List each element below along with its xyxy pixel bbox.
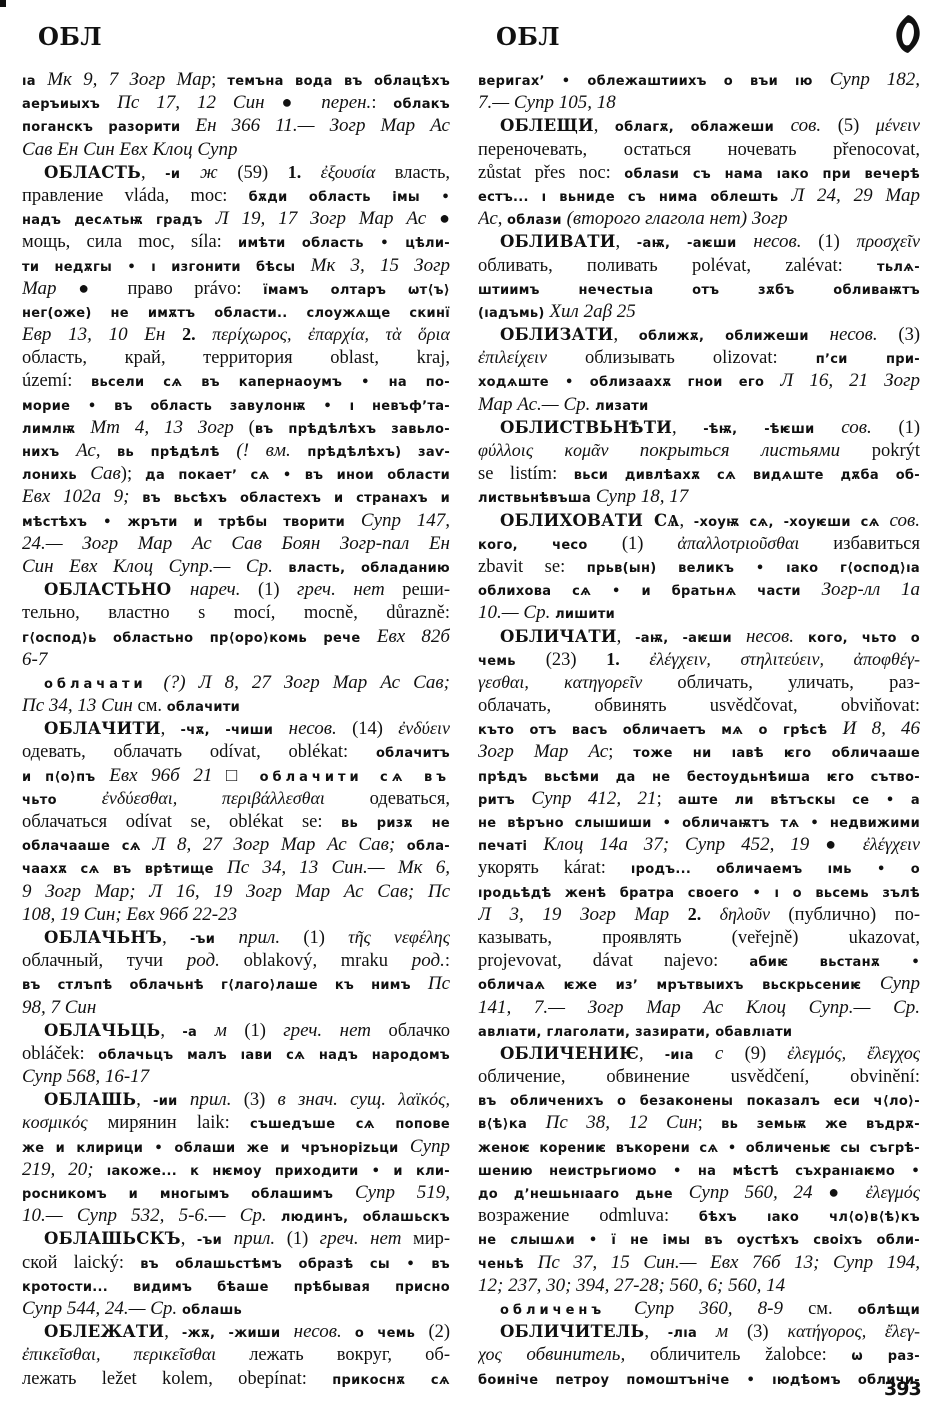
entry-text: облачааше сѧ <box>22 839 153 854</box>
entry-headword: ОБЛИХОВАТИ СѦ <box>500 511 680 530</box>
entry-text: шению неистрьгиомо • на мѣстѣ съхранıаѥм… <box>478 1164 920 1179</box>
entry-text: в⟨ѣ⟩ка <box>478 1117 546 1132</box>
citation-text: Супр 519, <box>355 1182 450 1203</box>
entry-text: лежать ležet kolem, obepínat: <box>22 1369 332 1389</box>
entry-text: (1) <box>622 534 678 554</box>
text-line: ОБЛИЗАТИ, оближѫ, оближеши несов. (3) <box>478 323 920 346</box>
entry-text: ıакоже... к нѥмоу приходити • и кли- <box>107 1164 450 1179</box>
entry-text: вьси дивлѣахѫ сѧ видѧште дѫба об- <box>574 468 920 483</box>
citation-text: Л 16, 21 Зогр <box>780 370 920 391</box>
entry-text: нег(оже) не имѫтъ области.. слоужѧще ски… <box>22 306 450 321</box>
entry-text: ● <box>78 278 127 298</box>
citation-text: прил. <box>234 1228 287 1249</box>
entry-text: (публично) по- <box>788 905 920 925</box>
text-line: ἐπικεῖσθαι, περικεῖσθαι лежать вокруг, о… <box>22 1343 450 1366</box>
entry-text: облизывать olizovat: <box>585 348 816 368</box>
entry-text: облази <box>507 213 567 228</box>
text-line: γεσθαι, κατηγορεῖν обличать, уличать, ра… <box>478 671 920 694</box>
dictionary-column-left: ıа Мк 9, 7 Зогр Мар; темъна вода въ обла… <box>22 68 450 1390</box>
text-line: ти недѫгы • ı изгонити бѣсы Мк 3, 15 Зог… <box>22 254 450 277</box>
entry-text: ἐλεγμός <box>866 1182 920 1202</box>
entry-text: укорять kárat: <box>478 858 631 878</box>
citation-text: Супр 360, 8-9 <box>634 1298 808 1319</box>
text-line: облихова сѧ • и братьнѧ части Зогр-лл 1а <box>478 578 920 601</box>
citation-text: Супр 182, <box>830 69 920 90</box>
entry-text: : <box>371 93 393 113</box>
text-line: обливать, поливать polévat, zalévat: тьл… <box>478 254 920 277</box>
entry-text: ἐνδύειν <box>398 718 450 738</box>
text-line: ской laický: въ облашьстѣмъ образѣ сы • … <box>22 1251 450 1274</box>
text-line: χος обвинитель, обличитель žalobce: ѡ ра… <box>478 1343 920 1366</box>
citation-text: несов. <box>289 718 352 739</box>
entry-text: облачьцъ малъ ıави сѧ надъ народомъ <box>98 1048 450 1063</box>
entry-text: ıродъ... обличаемъ ıмь • о <box>631 862 920 877</box>
citation-text: несов. <box>746 626 808 647</box>
text-line: поганскъ разорити Ен 366 11.— Зогр Мар А… <box>22 114 450 137</box>
entry-text: авлıати, глаголати, зазирати, обавлıати <box>478 1025 792 1040</box>
entry-text: (1) <box>244 1021 283 1041</box>
entry-text: (3) <box>244 1090 278 1110</box>
citation-text: Сав <box>90 463 121 484</box>
entry-text: облашь <box>182 1303 242 1318</box>
entry-text: облачити сѧ въ <box>260 770 450 785</box>
text-line: мѣстѣхъ • жръти и трѣбы творити Супр 147… <box>22 509 450 532</box>
entry-text: oblakový, mraku <box>244 951 412 971</box>
entry-text: τῆς νεφέλης <box>348 927 450 947</box>
citation-text: Супр 147, <box>361 510 450 531</box>
thumb-index-letter-o-icon <box>893 14 923 54</box>
entry-text: ченьѣ <box>478 1257 538 1272</box>
text-line: ОБЛИЧИТЕЛЬ, -лıа м (3) κατήγορος, ἔλεγ- <box>478 1320 920 1343</box>
entry-text: къто отъ васъ обличаетъ мѧ о грѣсѣ <box>478 723 843 738</box>
entry-text: ἐλεγμός, ἔλεγχος <box>787 1043 920 1063</box>
entry-text: ; <box>608 742 633 762</box>
entry-text: -ѣѭ, -ѣѥши <box>703 422 841 437</box>
text-line: Л 3, 19 Зогр Мар 2. δηλοῦν (публично) по… <box>478 903 920 926</box>
citation-text: Пс <box>428 973 450 994</box>
citation-text: Супр <box>880 973 920 994</box>
text-line: zůstat přes noc: облаѕи съ нама ıако при… <box>478 161 920 184</box>
entry-text: ἐλέγχειν <box>863 834 920 854</box>
text-line: Супр 568, 16-17 <box>22 1065 450 1088</box>
text-line: обличенъ Супр 360, 8-9 см. облѣщи <box>478 1297 920 1320</box>
entry-text: облѣщи <box>858 1303 920 1318</box>
citation-text: Зогр-лл 1а <box>822 579 920 600</box>
entry-text: о чемь <box>355 1326 429 1341</box>
entry-text: нихъ <box>22 445 76 460</box>
entry-headword: ОБЛАЧИТИ <box>44 719 161 738</box>
entry-text: -хоуѭ сѧ, -хоуѥши сѧ <box>694 515 890 530</box>
entry-text: же и клирици • облаши же и чрънорizьци <box>22 1141 410 1156</box>
entry-text: см. <box>808 1299 858 1319</box>
entry-text: ἐπιλείχειν <box>478 347 585 367</box>
citation-text: 141, 7.— Зогр Мар Ас Клоц Супр.— Ср. <box>478 997 920 1018</box>
entry-text: , <box>141 163 165 183</box>
entry-text: , <box>498 209 507 229</box>
page-number: 393 <box>884 1378 921 1400</box>
entry-text: -жѫ, -жиши <box>182 1326 294 1341</box>
text-line: ἐπιλείχειν облизывать olizovat: пʼси при… <box>478 346 920 369</box>
entry-text: (3) <box>747 1322 787 1342</box>
entry-text: вь ризѫ не <box>341 816 450 831</box>
text-line: ıродьѣдѣ женѣ братра своего • ı о вьсемь… <box>478 880 920 903</box>
entry-headword: ОБЛИЧАТИ <box>500 627 617 646</box>
entry-text: (1) <box>898 418 920 438</box>
entry-text: надъ десѧтьѭ градъ <box>22 213 216 228</box>
entry-text: 1. <box>288 162 321 182</box>
text-line: ОБЛИВАТИ, -аѭ, -аѥши несов. (1) προσχεῖν <box>478 230 920 253</box>
entry-text: ● <box>825 834 863 854</box>
entry-text: φύλλοις κομᾶν <box>478 440 640 460</box>
entry-text: обличенъ <box>500 1303 634 1318</box>
entry-text: -лıа <box>668 1326 716 1341</box>
text-line: φύλλοις κομᾶν покрыться листьями pokrýt <box>478 439 920 462</box>
text-line: ОБЛИХОВАТИ СѦ, -хоуѭ сѧ, -хоуѥши сѧ сов. <box>478 509 920 532</box>
entry-text: тьлѧ- <box>877 260 920 275</box>
entry-text: прьв(ын) великъ • ıако г⟨оспод⟩ıа <box>587 561 920 576</box>
text-line: область, край, территория oblast, kraj, <box>22 346 450 369</box>
citation-text: Л 8, 27 Зогр Мар Ас Сав; <box>153 834 407 855</box>
entry-text: чьто <box>22 793 102 808</box>
text-line: возражение odmluva: бѣхъ ıако чл⟨о⟩в⟨ѣ⟩к… <box>478 1204 920 1227</box>
entry-text: -ъи <box>197 1233 234 1248</box>
entry-text: , <box>162 928 190 948</box>
entry-text: право právo: <box>128 279 264 299</box>
entry-text: обла- <box>407 839 450 854</box>
text-line: ОБЛАЧЬЦЬ, -а м (1) греч. нет облачко <box>22 1019 450 1042</box>
entry-text: обличитель žalobce: <box>650 1345 851 1365</box>
text-line: нег(оже) не имѫтъ области.. слоужѧще ски… <box>22 300 450 323</box>
entry-text: , <box>616 232 637 252</box>
entry-text: облачать, обвинять usvědčovat, obviňovat… <box>478 696 920 716</box>
entry-text: προσχεῖν <box>856 231 920 251</box>
citation-text: Мар Ас.— Ср. <box>478 394 595 415</box>
text-line: облачаться odívat se, oblékat se: вь риз… <box>22 810 450 833</box>
entry-text: облихова сѧ • и братьнѧ части <box>478 584 822 599</box>
text-line: кого, чесо (1) ἀπαλλοτριοῦσθαι избавитьс… <box>478 532 920 555</box>
text-line: обличаѧ ѥже изʼ мрътвыихъ вьскрьсениѥ Су… <box>478 972 920 995</box>
entry-text: κοσμικός <box>22 1112 108 1132</box>
entry-text: оближѫ, оближеши <box>639 329 830 344</box>
entry-text: , <box>644 1322 667 1342</box>
entry-text: правление vláda, moc: <box>22 186 249 206</box>
entry-text: χος <box>478 1344 526 1364</box>
entry-text: ); <box>121 464 145 484</box>
citation-text: И 8, 46 <box>843 718 920 739</box>
text-line: аеръиыхъ Пс 17, 12 Син ● перен.: облакъ <box>22 91 450 114</box>
text-line: чаахѫ сѧ въ врѣтище Пс 34, 13 Син.— Мк 6… <box>22 856 450 879</box>
citation-text: прил. <box>239 927 304 948</box>
text-line: ОБЛЕЩИ, облагѫ, облажеши сов. (5) μένειν <box>478 114 920 137</box>
citation-text: 6-7 <box>22 649 47 670</box>
entry-text: (3) <box>898 325 920 345</box>
text-line: облачный, тучи род. oblakový, mraku род.… <box>22 949 450 972</box>
entry-text: до дʼнешьнıааго дьне <box>478 1187 689 1202</box>
entry-headword: ОБЛИВАТИ <box>500 232 616 251</box>
text-line: лежать ležet kolem, obepínat: прикоснѫ с… <box>22 1367 450 1390</box>
entry-text: чаахѫ сѧ въ врѣтище <box>22 862 227 877</box>
citation-text: 10.— Ср. <box>478 602 555 623</box>
entry-headword: ОБЛИЗАТИ <box>500 325 613 344</box>
entry-text: , <box>594 116 615 136</box>
text-line: укорять kárat: ıродъ... обличаемъ ıмь • … <box>478 856 920 879</box>
entry-text: , <box>617 627 635 647</box>
citation-text: Пс 38, 12 Син <box>546 1112 698 1133</box>
citation-text: Супр 18, 17 <box>596 486 688 507</box>
text-line: κοσμικός мирянин laik: съшедъше сѧ попов… <box>22 1111 450 1134</box>
entry-text: морие • въ область завулонѭ • ı невъфʼта… <box>22 399 450 414</box>
entry-text: ἐνδύεσθαι, περιβάλλεσθαι <box>102 788 370 808</box>
entry-text: їмамъ олтаръ ѡт⟨ъ⟩ <box>263 283 450 298</box>
citation-text: Супр <box>410 1136 450 1157</box>
text-line: веригахʼ • облежаштиихъ о въи ıю Супр 18… <box>478 68 920 91</box>
text-line: лонихь Сав); да покаетʼ сѧ • въ инои обл… <box>22 462 450 485</box>
entry-text: облачный, тучи <box>22 951 187 971</box>
entry-text: (1) <box>287 1229 320 1249</box>
text-line: лимлѭ Мт 4, 13 Зогр (въ прѣдѣлѣхъ завьло… <box>22 416 450 439</box>
citation-text: Супр 568, 16-17 <box>22 1066 149 1087</box>
citation-text: 7.— Супр 105, 18 <box>478 92 616 113</box>
text-line: боиніче петроу помоштъніче • ıюдѣомъ обл… <box>478 1367 920 1390</box>
entry-text: (5) <box>838 116 876 136</box>
entry-text: -ии <box>153 1094 190 1109</box>
entry-text: 2. <box>688 904 720 924</box>
text-line: 10.— Супр 532, 5-6.— Ср. людинъ, облашьс… <box>22 1204 450 1227</box>
entry-text: въ облашьстѣмъ образѣ сы • въ <box>140 1257 450 1272</box>
entry-text: -аѭ, -аѥши <box>637 236 754 251</box>
entry-text: вь земьѭ же въдрѫ- <box>721 1117 920 1132</box>
entry-text: (1) <box>818 232 856 252</box>
entry-text: -аѭ, -аѥши <box>635 631 746 646</box>
citation-text: Л 19, 17 Зогр Мар Ас <box>216 208 439 229</box>
text-line: se listím: вьси дивлѣахѫ сѧ видѧште дѫба… <box>478 462 920 485</box>
entry-headword: ОБЛИСТВЬНѢТИ <box>500 418 672 437</box>
text-line: ОБЛАСТЬНО нареч. (1) греч. нет реши- <box>22 578 450 601</box>
text-line: ОБЛАСТЬ, -и ж (59) 1. ἐξουσία власть, <box>22 161 450 184</box>
text-line: 98, 7 Син <box>22 996 450 1019</box>
text-line: 108, 19 Син; Евх 96б 22-23 <box>22 903 450 926</box>
entry-text: въ прѣдѣлѣхъ завьло- <box>255 422 450 437</box>
entry-text: ; <box>211 70 227 90</box>
citation-text: 24.— Зогр Мар Ас Сав Боян Зогр-пал Ен <box>22 533 450 554</box>
entry-headword: ОБЛИЧЕНИѤ <box>500 1044 639 1063</box>
running-head-right: ОБЛ <box>496 22 560 51</box>
entry-headword: ОБЛАШЬ <box>44 1090 136 1109</box>
entry-text: -чѫ, -чиши <box>181 723 289 738</box>
citation-text: Мк 3, 15 Зогр <box>311 255 450 276</box>
citation-text: Пс 34, 13 Син <box>22 695 138 716</box>
entry-text: лонихь <box>22 468 90 483</box>
text-line: облачать, обвинять usvědčovat, obviňovat… <box>478 694 920 717</box>
entry-text: ἐλέγχειν, στηλιτεύειν, ἀποφθέγ- <box>649 649 920 669</box>
entry-text: (2) <box>428 1322 450 1342</box>
text-line: г⟨оспод⟩ь областьно пр⟨оро⟩комь рече Евх… <box>22 625 450 648</box>
text-line: Ас, облази (второго глагола нет) Зогр <box>478 207 920 230</box>
citation-text: нареч. <box>190 579 258 600</box>
entry-text: обличать, уличать, раз- <box>677 673 920 693</box>
entry-headword: ОБЛЕЩИ <box>500 116 594 135</box>
entry-text: , <box>160 1021 182 1041</box>
text-line: Сав Ен Син Евх Клоц Супр <box>22 138 450 161</box>
text-line: 12; 237, 30; 394, 27-28; 560, 6; 560, 14 <box>478 1274 920 1297</box>
entry-text: ритъ <box>478 793 531 808</box>
entry-text: мирянин laik: <box>108 1113 250 1133</box>
entry-text: ской laický: <box>22 1253 140 1273</box>
entry-text: область, край, территория oblast, kraj, <box>22 348 450 368</box>
citation-text: ж <box>200 162 237 183</box>
entry-text: κατήγορος, ἔλεγ- <box>787 1321 920 1341</box>
citation-text: 98, 7 Син <box>22 997 96 1018</box>
text-line: ОБЛАЧИТИ, -чѫ, -чиши несов. (14) ἐνδύειν <box>22 717 450 740</box>
scan-corner-mark <box>0 0 6 7</box>
entry-text: projevovat, dávat najevo: <box>478 951 749 971</box>
entry-text: , <box>161 719 181 739</box>
citation-text: сов. <box>890 510 920 531</box>
text-line: ритъ Супр 412, 21; аште ли вѣтъскы се • … <box>478 787 920 810</box>
entry-text: μένειν <box>876 115 920 135</box>
text-line: obláček: облачьцъ малъ ıави сѧ надъ наро… <box>22 1042 450 1065</box>
entry-text: штиимъ нечестьıа отъ зѫбъ обливаѭтъ <box>478 283 920 298</box>
entry-text: съшедъше сѧ попове <box>250 1117 450 1132</box>
citation-text: Ен 366 11.— Зогр Мар Ас <box>196 115 450 136</box>
entry-text: , <box>680 511 694 531</box>
entry-text: листвьнѣвъша <box>478 491 596 506</box>
running-head-left: ОБЛ <box>38 22 102 51</box>
text-line: мощь, сила moc, síla: имѣти область • цѣ… <box>22 230 450 253</box>
citation-text: 219, 20; <box>22 1159 107 1180</box>
text-line: území: вьсели сѧ въ капернаоумъ • на по- <box>22 369 450 392</box>
text-line: 7.— Супр 105, 18 <box>478 91 920 114</box>
entry-text: ; <box>657 789 678 809</box>
entry-text: кротости... видимъ бѣаше прѣбывая присно <box>22 1280 450 1295</box>
entry-text: пʼси при- <box>816 352 920 367</box>
text-line: чьто ἐνδύεσθαι, περιβάλλεσθαι одеваться, <box>22 787 450 810</box>
entry-text: вь прѣдѣлѣ <box>117 445 236 460</box>
citation-text: Ас <box>478 208 498 229</box>
entry-text: облаѕи съ нама ıако при вечерѣ <box>624 167 920 182</box>
entry-text: , <box>613 325 638 345</box>
citation-text: род. <box>187 950 244 971</box>
entry-text: прѣдъ вьсѣми да не бестоудьнѣиша ѥго сът… <box>478 770 920 785</box>
entry-text: ● <box>439 208 450 228</box>
text-line: Син Евх Клоц Супр.— Ср. власть, обладани… <box>22 555 450 578</box>
text-line: Мар Ас.— Ср. лизати <box>478 393 920 416</box>
text-line: 10.— Ср. лишити <box>478 601 920 624</box>
citation-text: м <box>716 1321 747 1342</box>
entry-text: не вѣръно слышиши • обличаѭтъ тѧ • недви… <box>478 816 920 831</box>
text-line: листвьнѣвъша Супр 18, 17 <box>478 485 920 508</box>
text-line: (ıадъмь) Хил 2аβ 25 <box>478 300 920 323</box>
entry-text: вьсели сѧ въ капернаоумъ • на по- <box>91 375 450 390</box>
entry-text: , <box>96 441 117 461</box>
entry-text: поганскъ разорити <box>22 120 196 135</box>
entry-text: pokrýt <box>872 441 920 461</box>
entry-text: -а <box>182 1025 214 1040</box>
citation-text: Супр 412, 21 <box>531 788 656 809</box>
citation-text: Син Евх Клоц Супр.— Ср. <box>22 556 288 577</box>
text-line: не слышѧи • ї не імы въ оустѣхъ своіхъ о… <box>478 1227 920 1250</box>
entry-text: 1. <box>606 649 649 669</box>
entry-text: въ стлъпѣ облачьнѣ г⟨лаго⟩лаше къ нимъ <box>22 978 428 993</box>
citation-text: род. <box>412 950 445 971</box>
entry-text: лимлѭ <box>22 422 90 437</box>
entry-text: избавиться <box>833 534 920 554</box>
citation-text: несов. <box>294 1321 355 1342</box>
entry-text: (9) <box>745 1044 788 1064</box>
text-line: ходѧште • облизаахѫ гнои его Л 16, 21 Зо… <box>478 369 920 392</box>
citation-text: Пс 37, 15 Син.— Евх 76б 13; Супр 194, <box>538 1252 920 1273</box>
entry-text: (1) <box>258 580 297 600</box>
citation-text: 10.— Супр 532, 5-6.— Ср. <box>22 1205 281 1226</box>
entry-text: людинъ, облашьскъ <box>281 1210 450 1225</box>
text-line: ıа Мк 9, 7 Зогр Мар; темъна вода въ обла… <box>22 68 450 91</box>
citation-text: (! вм. <box>236 440 307 461</box>
entry-text: имѣти область • цѣли- <box>238 236 450 251</box>
text-line: 6-7 <box>22 648 450 671</box>
entry-text: ἐξουσία <box>321 162 395 182</box>
citation-text: Пс 17, 12 Син <box>117 92 281 113</box>
citation-text: Супр 544, 24.— Ср. <box>22 1298 182 1319</box>
entry-text: лишити <box>555 607 615 622</box>
entry-text: : <box>445 951 450 971</box>
entry-text: въ обличенихъ о безаконены показалъ еси … <box>478 1094 920 1109</box>
entry-text: облагѫ, облажеши <box>615 120 791 135</box>
entry-text: естъ... ı вьниде съ нима облешть <box>478 190 791 205</box>
entry-text: чемь <box>478 654 546 669</box>
entry-text: кого, чесо <box>478 538 622 553</box>
citation-text: Зогр Мар Ас <box>478 741 608 762</box>
entry-headword: ОБЛАШЬСКЪ <box>44 1229 181 1248</box>
text-line: Евр 13, 10 Ен 2. περίχωρος, ἐπαρχία, τὰ … <box>22 323 450 346</box>
text-line: zbavit se: прьв(ын) великъ • ıако г⟨оспо… <box>478 555 920 578</box>
entry-text: zůstat přes noc: <box>478 163 624 183</box>
entry-text: и п⟨о⟩пъ <box>22 770 109 785</box>
entry-text: возражение odmluva: <box>478 1206 699 1226</box>
citation-text: греч. нет <box>320 1228 413 1249</box>
text-line: 24.— Зогр Мар Ас Сав Боян Зогр-пал Ен <box>22 532 450 555</box>
text-line: нихъ Ас, вь прѣдѣлѣ (! вм. прѣдѣлѣхъ) за… <box>22 439 450 462</box>
citation-text: покрыться листьями <box>640 440 872 461</box>
entry-text: (1) <box>303 928 348 948</box>
citation-text: несов. <box>753 231 818 252</box>
entry-text: реши- <box>402 580 450 600</box>
text-line: въ обличенихъ о безаконены показалъ еси … <box>478 1088 920 1111</box>
entry-text: лежать вокруг, об- <box>249 1345 450 1365</box>
text-line: ОБЛАШЬ, -ии прил. (3) в знач. сущ. λαϊκό… <box>22 1088 450 1111</box>
entry-text: обличаѧ ѥже изʼ мрътвыихъ вьскрьсениѥ <box>478 978 880 993</box>
entry-headword: ОБЛАСТЬНО <box>44 580 190 599</box>
citation-text: Хил 2аβ 25 <box>549 301 635 322</box>
citation-text: 12; 237, 30; 394, 27-28; 560, 6; 560, 14 <box>478 1275 785 1296</box>
entry-text: росникомъ и многымъ облашимъ <box>22 1187 355 1202</box>
text-line: обличение, обвинение usvědčení, obvinění… <box>478 1065 920 1088</box>
entry-text: аште ли вѣтъскы се • а <box>678 793 920 808</box>
entry-text: území: <box>22 371 91 391</box>
entry-text: одевать, облачать odívat, oblékat: <box>22 742 376 762</box>
text-line: и п⟨о⟩пъ Евх 96б 21 □ облачити сѧ въ <box>22 764 450 787</box>
entry-headword: ОБЛАЧЬНЪ <box>44 928 162 947</box>
text-line: ОБЛЕЖАТИ, -жѫ, -жиши несов. о чемь (2) <box>22 1320 450 1343</box>
entry-text: не слышѧи • ї не імы въ оустѣхъ своіхъ о… <box>478 1233 920 1248</box>
entry-text: δηλοῦν <box>720 904 789 924</box>
text-line: печаті Клоц 14а 37; Супр 452, 19 ● ἐλέγχ… <box>478 833 920 856</box>
text-line: 141, 7.— Зогр Мар Ас Клоц Супр.— Ср. <box>478 996 920 1019</box>
entry-text: , <box>136 1090 153 1110</box>
entry-text: кого, чьто о <box>808 631 920 646</box>
entry-text: абиѥ вьстанѫ • <box>749 955 920 970</box>
text-line: въ стлъпѣ облачьнѣ г⟨лаго⟩лаше къ нимъ П… <box>22 972 450 995</box>
entry-text: , <box>181 1229 197 1249</box>
